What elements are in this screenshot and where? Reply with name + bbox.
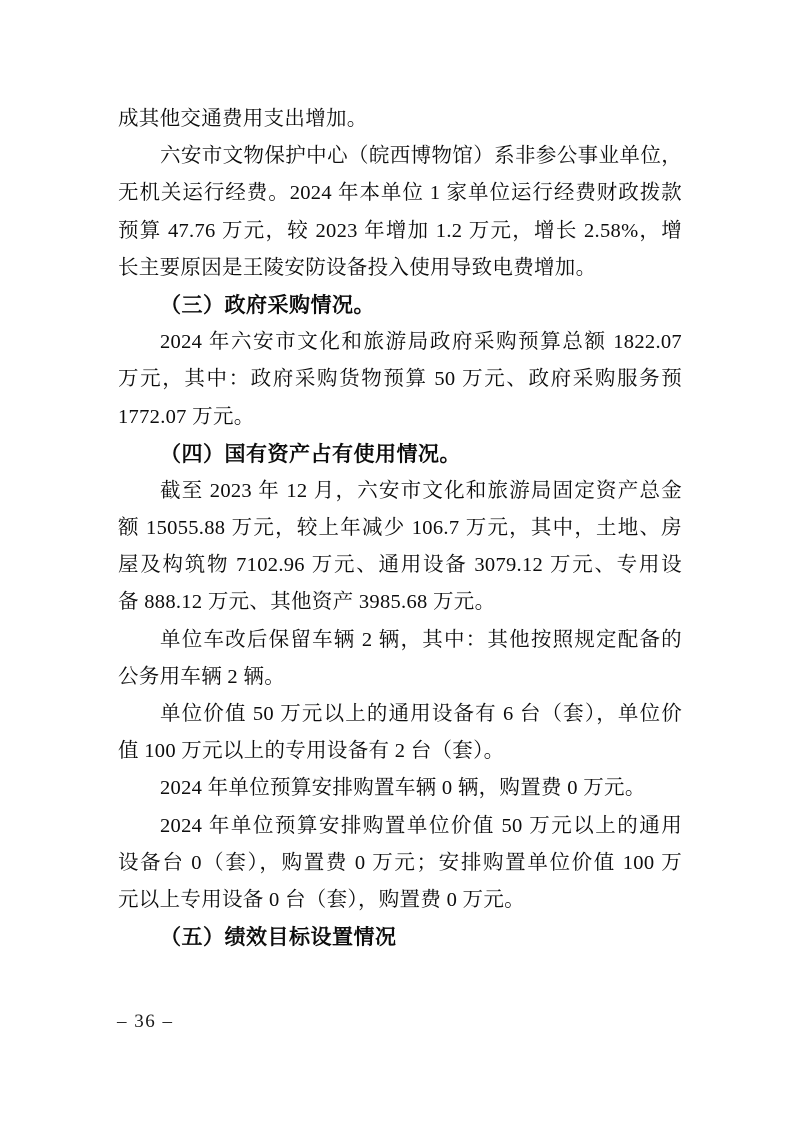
section-heading: （五）绩效目标设置情况 <box>118 919 682 956</box>
text-line: 备 888.12 万元、其他资产 3985.68 万元。 <box>118 584 682 621</box>
text-line: 2024 年单位预算安排购置车辆 0 辆，购置费 0 万元。 <box>118 770 682 807</box>
text-line: 单位价值 50 万元以上的通用设备有 6 台（套），单位价 <box>118 696 682 733</box>
document-body: 成其他交通费用支出增加。六安市文物保护中心（皖西博物馆）系非参公事业单位，无机关… <box>118 101 682 956</box>
text-line: 成其他交通费用支出增加。 <box>118 101 682 138</box>
text-line: 公务用车辆 2 辆。 <box>118 659 682 696</box>
page-number: – 36 – <box>117 1008 174 1036</box>
text-line: 万元，其中：政府采购货物预算 50 万元、政府采购服务预 <box>118 361 682 398</box>
text-line: 六安市文物保护中心（皖西博物馆）系非参公事业单位， <box>118 138 682 175</box>
text-line: 预算 47.76 万元，较 2023 年增加 1.2 万元，增长 2.58%，增 <box>118 213 682 250</box>
text-line: 屋及构筑物 7102.96 万元、通用设备 3079.12 万元、专用设 <box>118 547 682 584</box>
text-line: 值 100 万元以上的专用设备有 2 台（套）。 <box>118 733 682 770</box>
text-line: 设备台 0（套），购置费 0 万元；安排购置单位价值 100 万 <box>118 845 682 882</box>
section-heading: （三）政府采购情况。 <box>118 287 682 324</box>
text-line: 截至 2023 年 12 月，六安市文化和旅游局固定资产总金 <box>118 473 682 510</box>
text-line: 无机关运行经费。2024 年本单位 1 家单位运行经费财政拨款 <box>118 175 682 212</box>
text-line: 2024 年六安市文化和旅游局政府采购预算总额 1822.07 <box>118 324 682 361</box>
text-line: 单位车改后保留车辆 2 辆，其中：其他按照规定配备的 <box>118 622 682 659</box>
text-line: 长主要原因是王陵安防设备投入使用导致电费增加。 <box>118 250 682 287</box>
text-line: 额 15055.88 万元，较上年减少 106.7 万元，其中，土地、房 <box>118 510 682 547</box>
text-line: 2024 年单位预算安排购置单位价值 50 万元以上的通用 <box>118 808 682 845</box>
text-line: 1772.07 万元。 <box>118 399 682 436</box>
document-page: 成其他交通费用支出增加。六安市文物保护中心（皖西博物馆）系非参公事业单位，无机关… <box>0 0 793 1122</box>
text-line: 元以上专用设备 0 台（套），购置费 0 万元。 <box>118 882 682 919</box>
section-heading: （四）国有资产占有使用情况。 <box>118 436 682 473</box>
